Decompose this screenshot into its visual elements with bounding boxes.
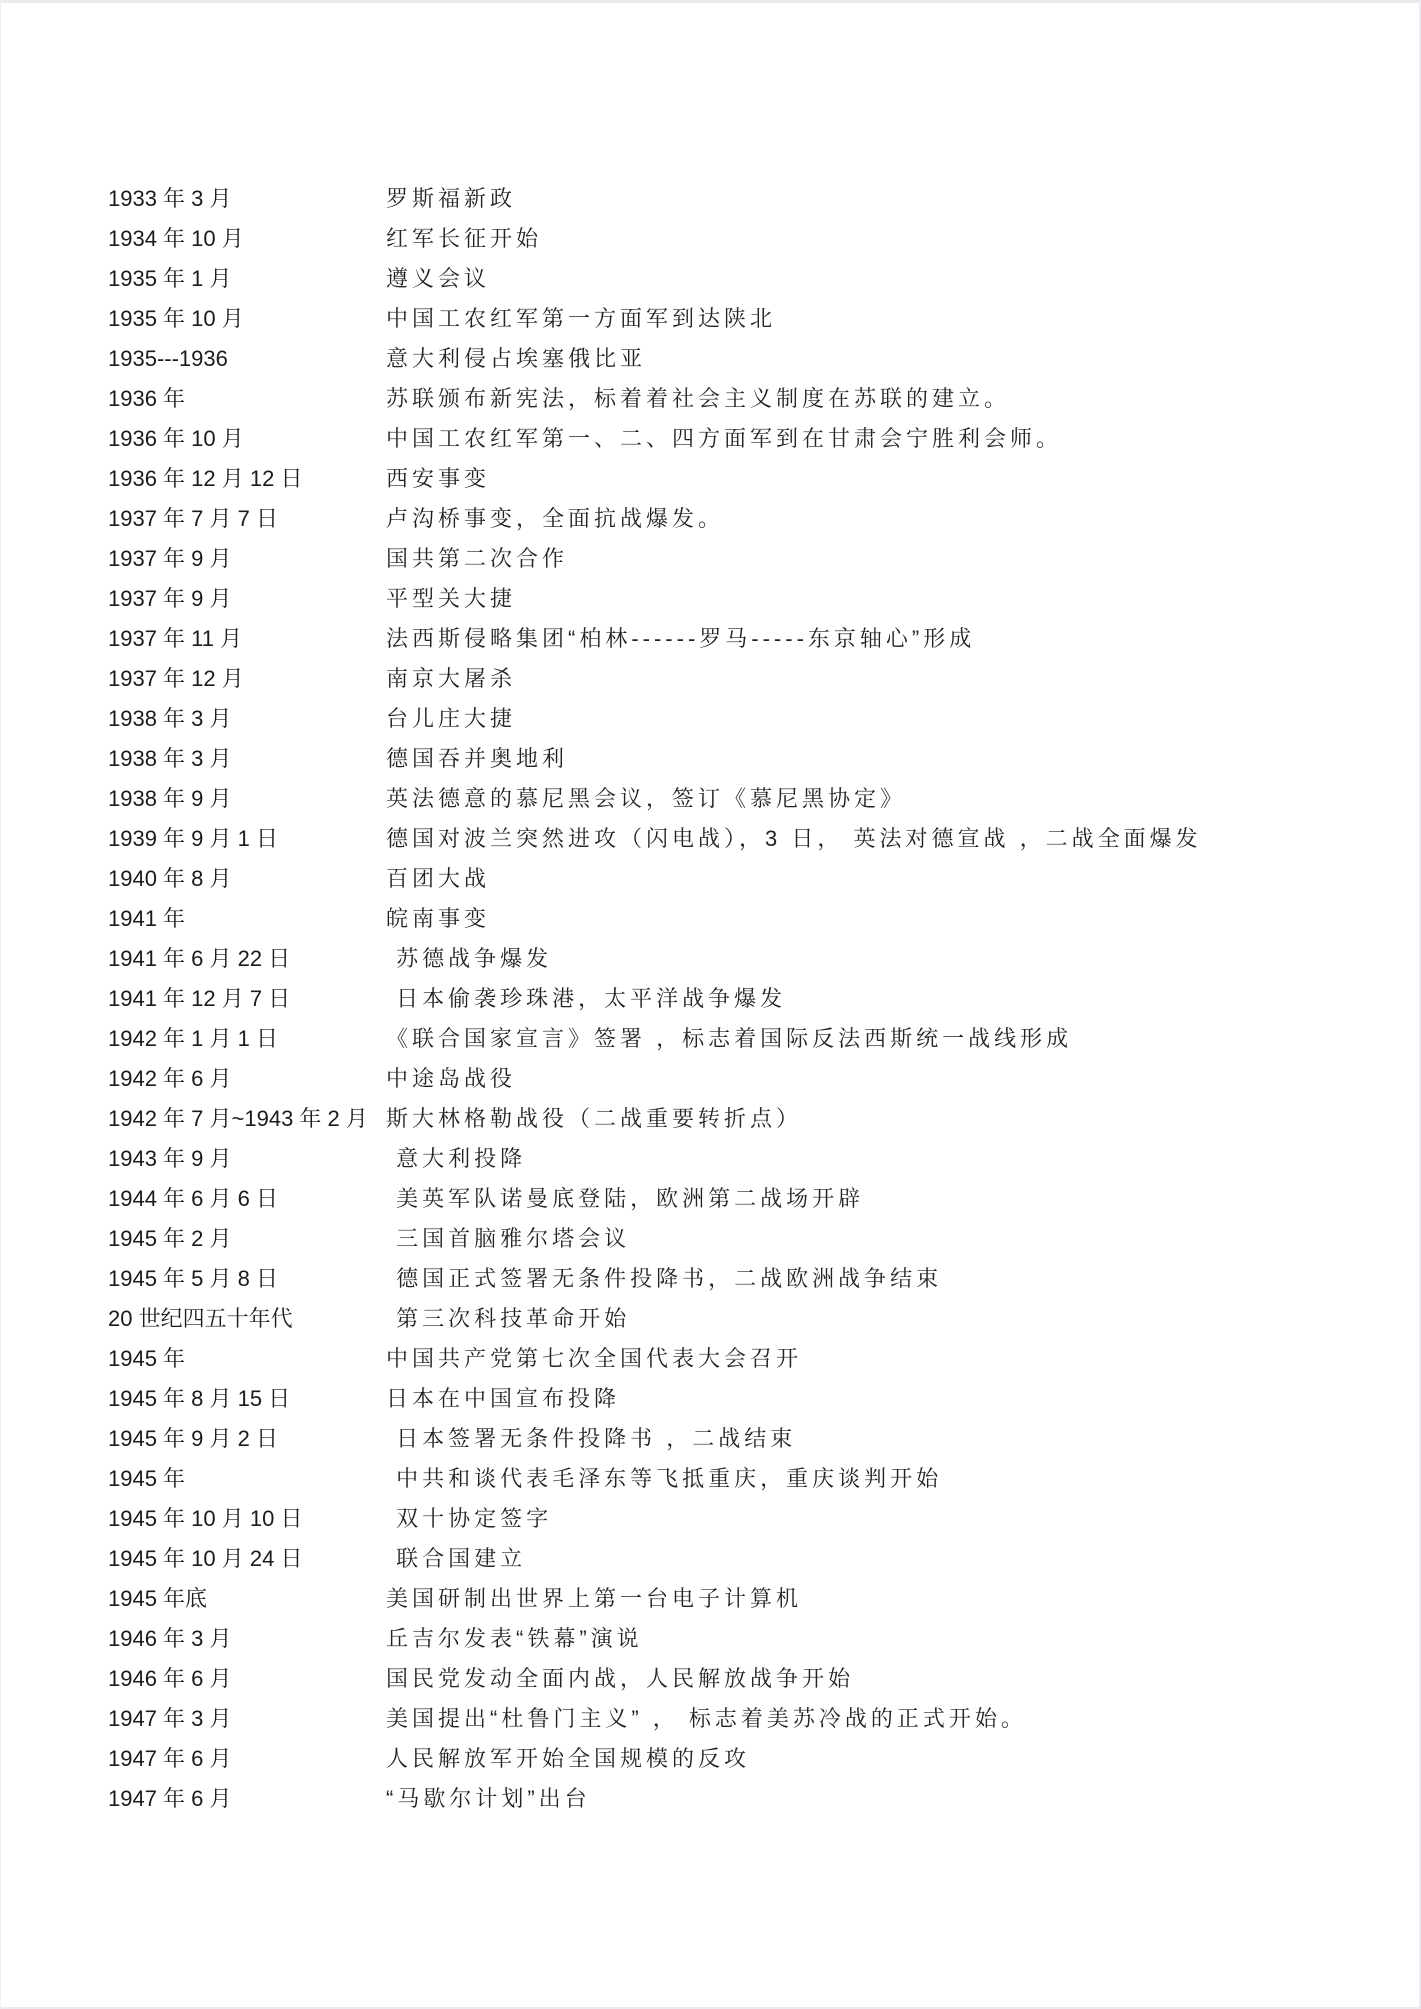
table-row: 1942 年 1 月 1 日《联合国家宣言》签署 ，标志着国际反法西斯统一战线形… (108, 1019, 1409, 1059)
table-row: 1942 年 7 月~1943 年 2 月斯大林格勒战役（二战重要转折点） (108, 1099, 1409, 1139)
event-date: 1941 年 6 月 22 日 (108, 939, 386, 979)
event-description: 英法德意的慕尼黑会议，签订《慕尼黑协定》 (386, 779, 1409, 819)
event-date: 1937 年 7 月 7 日 (108, 499, 386, 539)
table-row: 1938 年 3 月台儿庄大捷 (108, 699, 1409, 739)
event-description: 日本签署无条件投降书 ，二战结束 (386, 1419, 1409, 1459)
event-date: 1938 年 3 月 (108, 699, 386, 739)
table-row: 1933 年 3 月罗斯福新政 (108, 179, 1409, 219)
table-row: 1937 年 12 月南京大屠杀 (108, 659, 1409, 699)
event-date: 1936 年 12 月 12 日 (108, 459, 386, 499)
table-row: 1936 年 10 月中国工农红军第一、二、四方面军到在甘肃会宁胜利会师。 (108, 419, 1409, 459)
table-row: 1945 年 中共和谈代表毛泽东等飞抵重庆，重庆谈判开始 (108, 1459, 1409, 1499)
event-description: 苏联颁布新宪法，标着着社会主义制度在苏联的建立。 (386, 379, 1409, 419)
event-date: 1945 年 (108, 1339, 386, 1379)
event-date: 1942 年 6 月 (108, 1059, 386, 1099)
event-description: 中国工农红军第一方面军到达陕北 (386, 299, 1409, 339)
event-date: 1942 年 7 月~1943 年 2 月 (108, 1099, 386, 1139)
event-date: 1933 年 3 月 (108, 179, 386, 219)
event-description: “马歇尔计划”出台 (386, 1779, 1409, 1819)
table-row: 1944 年 6 月 6 日 美英军队诺曼底登陆，欧洲第二战场开辟 (108, 1179, 1409, 1219)
table-row: 1945 年 10 月 24 日 联合国建立 (108, 1539, 1409, 1579)
event-description: 苏德战争爆发 (386, 939, 1409, 979)
event-date: 1947 年 6 月 (108, 1779, 386, 1819)
event-description: 三国首脑雅尔塔会议 (386, 1219, 1409, 1259)
table-row: 1945 年 5 月 8 日 德国正式签署无条件投降书，二战欧洲战争结束 (108, 1259, 1409, 1299)
event-description: 遵义会议 (386, 259, 1409, 299)
event-description: 罗斯福新政 (386, 179, 1409, 219)
event-date: 1937 年 12 月 (108, 659, 386, 699)
event-description: 人民解放军开始全国规模的反攻 (386, 1739, 1409, 1779)
table-row: 1941 年皖南事变 (108, 899, 1409, 939)
table-row: 1936 年 12 月 12 日西安事变 (108, 459, 1409, 499)
event-date: 1938 年 3 月 (108, 739, 386, 779)
event-date: 1945 年 (108, 1459, 386, 1499)
event-date: 1947 年 6 月 (108, 1739, 386, 1779)
event-description: 丘吉尔发表“铁幕”演说 (386, 1619, 1409, 1659)
event-description: 《联合国家宣言》签署 ，标志着国际反法西斯统一战线形成 (386, 1019, 1409, 1059)
event-date: 1946 年 3 月 (108, 1619, 386, 1659)
table-row: 1943 年 9 月 意大利投降 (108, 1139, 1409, 1179)
event-description: 中共和谈代表毛泽东等飞抵重庆，重庆谈判开始 (386, 1459, 1409, 1499)
table-row: 1946 年 6 月国民党发动全面内战，人民解放战争开始 (108, 1659, 1409, 1699)
event-date: 1945 年 5 月 8 日 (108, 1259, 386, 1299)
table-row: 1945 年 8 月 15 日日本在中国宣布投降 (108, 1379, 1409, 1419)
table-row: 1945 年 2 月 三国首脑雅尔塔会议 (108, 1219, 1409, 1259)
event-description: 中途岛战役 (386, 1059, 1409, 1099)
event-description: 意大利侵占埃塞俄比亚 (386, 339, 1409, 379)
table-row: 1935---1936意大利侵占埃塞俄比亚 (108, 339, 1409, 379)
event-date: 1937 年 9 月 (108, 579, 386, 619)
table-row: 1945 年 9 月 2 日 日本签署无条件投降书 ，二战结束 (108, 1419, 1409, 1459)
table-row: 20 世纪四五十年代 第三次科技革命开始 (108, 1299, 1409, 1339)
table-row: 1946 年 3 月丘吉尔发表“铁幕”演说 (108, 1619, 1409, 1659)
event-date: 1945 年 8 月 15 日 (108, 1379, 386, 1419)
event-date: 1937 年 9 月 (108, 539, 386, 579)
event-date: 1945 年底 (108, 1579, 386, 1619)
table-row: 1939 年 9 月 1 日德国对波兰突然进攻（闪电战），3 日， 英法对德宣战… (108, 819, 1409, 859)
event-description: 国共第二次合作 (386, 539, 1409, 579)
event-date: 1940 年 8 月 (108, 859, 386, 899)
table-row: 1935 年 10 月中国工农红军第一方面军到达陕北 (108, 299, 1409, 339)
event-description: 平型关大捷 (386, 579, 1409, 619)
table-row: 1947 年 6 月人民解放军开始全国规模的反攻 (108, 1739, 1409, 1779)
event-description: 南京大屠杀 (386, 659, 1409, 699)
event-description: 意大利投降 (386, 1139, 1409, 1179)
table-row: 1934 年 10 月红军长征开始 (108, 219, 1409, 259)
event-description: 第三次科技革命开始 (386, 1299, 1409, 1339)
timeline: 1933 年 3 月罗斯福新政1934 年 10 月红军长征开始1935 年 1… (108, 179, 1409, 1819)
event-date: 1941 年 12 月 7 日 (108, 979, 386, 1019)
table-row: 1945 年 10 月 10 日 双十协定签字 (108, 1499, 1409, 1539)
event-description: 西安事变 (386, 459, 1409, 499)
event-date: 1945 年 2 月 (108, 1219, 386, 1259)
event-description: 美国提出“杜鲁门主义” ， 标志着美苏冷战的正式开始。 (386, 1699, 1409, 1739)
event-date: 1935 年 1 月 (108, 259, 386, 299)
event-date: 1943 年 9 月 (108, 1139, 386, 1179)
event-description: 日本偷袭珍珠港，太平洋战争爆发 (386, 979, 1409, 1019)
event-date: 1942 年 1 月 1 日 (108, 1019, 386, 1059)
event-date: 20 世纪四五十年代 (108, 1299, 386, 1339)
event-date: 1934 年 10 月 (108, 219, 386, 259)
event-description: 斯大林格勒战役（二战重要转折点） (386, 1099, 1409, 1139)
event-date: 1937 年 11 月 (108, 619, 386, 659)
event-description: 美国研制出世界上第一台电子计算机 (386, 1579, 1409, 1619)
event-description: 德国正式签署无条件投降书，二战欧洲战争结束 (386, 1259, 1409, 1299)
event-description: 百团大战 (386, 859, 1409, 899)
event-description: 中国共产党第七次全国代表大会召开 (386, 1339, 1409, 1379)
event-date: 1936 年 10 月 (108, 419, 386, 459)
table-row: 1947 年 6 月“马歇尔计划”出台 (108, 1779, 1409, 1819)
table-row: 1937 年 9 月平型关大捷 (108, 579, 1409, 619)
event-description: 德国对波兰突然进攻（闪电战），3 日， 英法对德宣战 ，二战全面爆发 (386, 819, 1409, 859)
document-page: 1933 年 3 月罗斯福新政1934 年 10 月红军长征开始1935 年 1… (0, 0, 1421, 2009)
event-description: 双十协定签字 (386, 1499, 1409, 1539)
table-row: 1938 年 9 月英法德意的慕尼黑会议，签订《慕尼黑协定》 (108, 779, 1409, 819)
table-row: 1935 年 1 月遵义会议 (108, 259, 1409, 299)
event-date: 1944 年 6 月 6 日 (108, 1179, 386, 1219)
event-description: 皖南事变 (386, 899, 1409, 939)
table-row: 1941 年 12 月 7 日 日本偷袭珍珠港，太平洋战争爆发 (108, 979, 1409, 1019)
table-row: 1942 年 6 月中途岛战役 (108, 1059, 1409, 1099)
event-date: 1945 年 9 月 2 日 (108, 1419, 386, 1459)
event-description: 日本在中国宣布投降 (386, 1379, 1409, 1419)
event-date: 1939 年 9 月 1 日 (108, 819, 386, 859)
event-description: 中国工农红军第一、二、四方面军到在甘肃会宁胜利会师。 (386, 419, 1409, 459)
table-row: 1937 年 9 月国共第二次合作 (108, 539, 1409, 579)
event-description: 德国吞并奥地利 (386, 739, 1409, 779)
event-date: 1945 年 10 月 24 日 (108, 1539, 386, 1579)
event-date: 1935---1936 (108, 339, 386, 379)
table-row: 1940 年 8 月百团大战 (108, 859, 1409, 899)
table-row: 1938 年 3 月德国吞并奥地利 (108, 739, 1409, 779)
event-description: 红军长征开始 (386, 219, 1409, 259)
event-description: 美英军队诺曼底登陆，欧洲第二战场开辟 (386, 1179, 1409, 1219)
table-row: 1936 年苏联颁布新宪法，标着着社会主义制度在苏联的建立。 (108, 379, 1409, 419)
table-row: 1937 年 7 月 7 日卢沟桥事变，全面抗战爆发。 (108, 499, 1409, 539)
event-description: 国民党发动全面内战，人民解放战争开始 (386, 1659, 1409, 1699)
event-description: 台儿庄大捷 (386, 699, 1409, 739)
table-row: 1945 年底美国研制出世界上第一台电子计算机 (108, 1579, 1409, 1619)
event-description: 法西斯侵略集团“柏林------罗马-----东京轴心”形成 (386, 619, 1409, 659)
event-date: 1946 年 6 月 (108, 1659, 386, 1699)
event-date: 1941 年 (108, 899, 386, 939)
event-date: 1938 年 9 月 (108, 779, 386, 819)
event-date: 1935 年 10 月 (108, 299, 386, 339)
table-row: 1941 年 6 月 22 日 苏德战争爆发 (108, 939, 1409, 979)
event-date: 1945 年 10 月 10 日 (108, 1499, 386, 1539)
event-description: 联合国建立 (386, 1539, 1409, 1579)
event-date: 1936 年 (108, 379, 386, 419)
event-description: 卢沟桥事变，全面抗战爆发。 (386, 499, 1409, 539)
table-row: 1937 年 11 月法西斯侵略集团“柏林------罗马-----东京轴心”形… (108, 619, 1409, 659)
table-row: 1945 年中国共产党第七次全国代表大会召开 (108, 1339, 1409, 1379)
table-row: 1947 年 3 月美国提出“杜鲁门主义” ， 标志着美苏冷战的正式开始。 (108, 1699, 1409, 1739)
event-date: 1947 年 3 月 (108, 1699, 386, 1739)
